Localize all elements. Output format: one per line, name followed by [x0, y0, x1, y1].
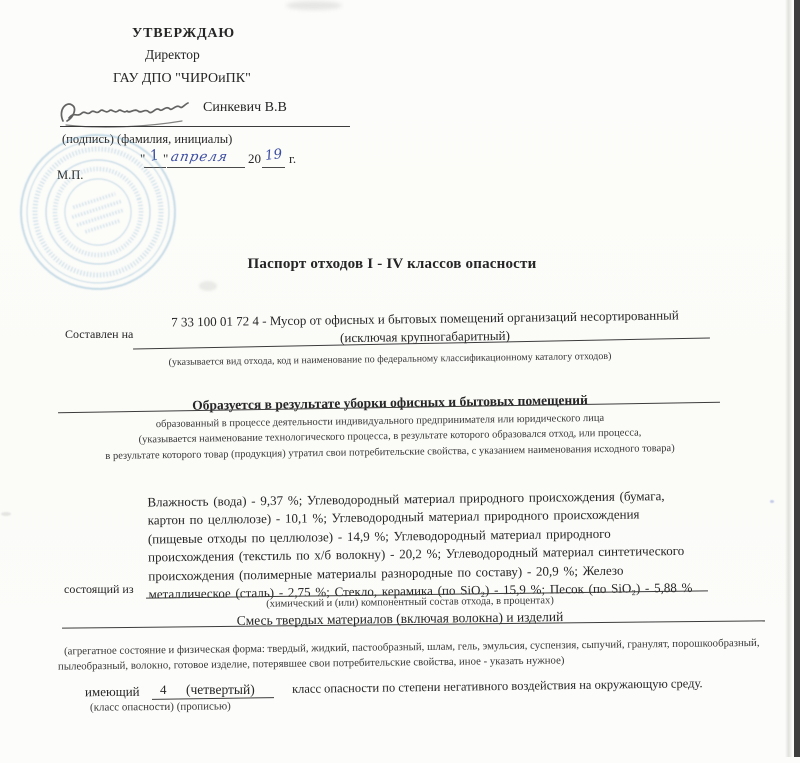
composed-label: Составлен на — [65, 327, 133, 342]
scanned-document-page: УТВЕРЖДАЮ Директор ГАУ ДПО "ЧИРОиПК" Син… — [0, 0, 800, 763]
scan-speck — [770, 500, 774, 503]
hazard-label: имеющий — [85, 684, 140, 700]
hazard-caption: (класс опасности) (прописью) — [90, 700, 231, 713]
form-caption-line1: (агрегатное состояние и физическая форма… — [64, 637, 784, 658]
approve-heading: УТВЕРЖДАЮ — [132, 26, 228, 42]
date-year-handwritten: 19 — [264, 146, 283, 164]
signature-name: Синкевич В.В — [203, 100, 287, 116]
organization-name: ГАУ ДПО "ЧИРОиПК" — [113, 71, 251, 87]
date-century: 20 — [248, 151, 261, 167]
page-edge-shadow — [794, 0, 800, 757]
scan-smudge — [1, 512, 11, 516]
composed-caption: (указывается вид отхода, код и наименова… — [100, 350, 680, 369]
director-title: Директор — [145, 47, 200, 63]
scan-smudge — [286, 1, 342, 10]
hazard-statement: класс опасности по степени негативного в… — [292, 676, 712, 697]
hazard-underline — [152, 697, 274, 700]
date-year-suffix: г. — [289, 151, 296, 167]
composition-text-block: Влажность (вода) - 9,37 %; Углеводородны… — [147, 487, 714, 604]
date-year-line — [262, 167, 285, 168]
document-title: Паспорт отходов I - IV классов опасности — [96, 256, 688, 273]
page-edge-highlight — [785, 0, 792, 757]
date-month-handwritten: апреля — [170, 149, 230, 165]
date-month-line — [167, 167, 245, 168]
hazard-class-word: (четвертый) — [186, 682, 255, 698]
composition-label: состоящий из — [64, 582, 134, 597]
scan-smudge — [199, 281, 217, 291]
hazard-class-number: 4 — [160, 682, 167, 698]
